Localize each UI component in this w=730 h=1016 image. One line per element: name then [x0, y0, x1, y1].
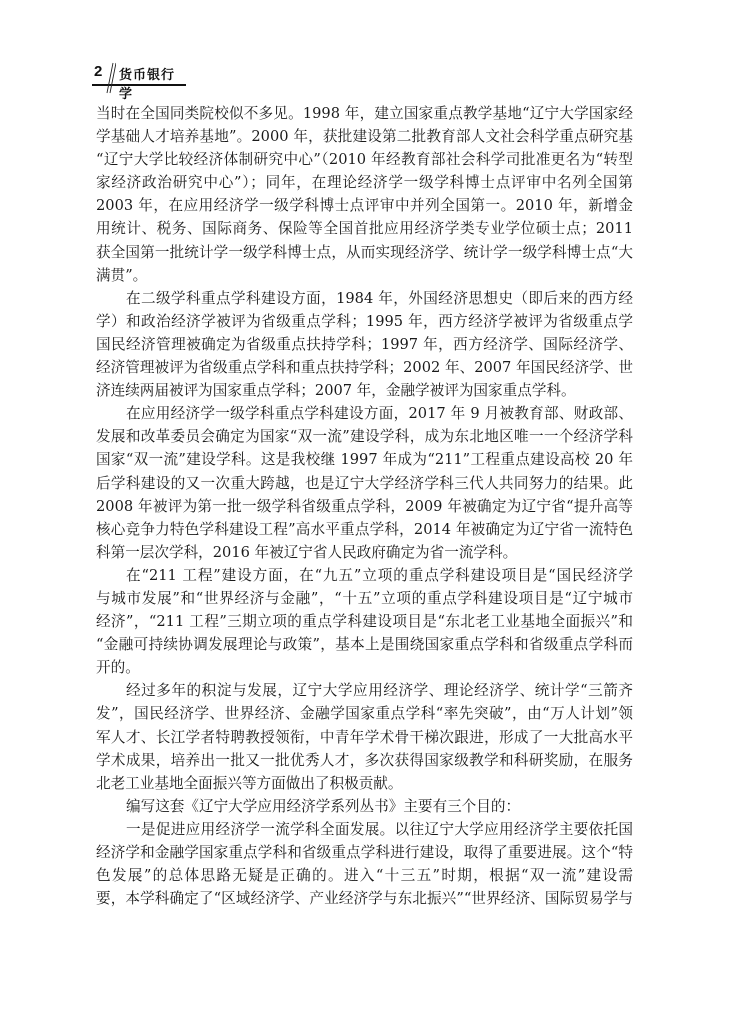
line-text: 用统计、税务、国际商务、保险等全国首批应用经济学类专业学位硕士点；2011 年， [96, 217, 633, 240]
line-text: 与城市发展”和“世界经济与金融”，“十五”立项的重点学科建设项目是“辽宁城市 [96, 587, 633, 610]
double-slash-icon [106, 61, 116, 95]
line-text: “金融可持续协调发展理论与政策”，基本上是围绕国家重点学科和省级重点学科而展 [96, 633, 633, 656]
line-text: 2008 年被评为第一批一级学科省级重点学科，2009 年被确定为辽宁省“提升高… [96, 495, 633, 518]
line-text: 满贯”。 [96, 264, 633, 287]
text-line: 当时在全国同类院校似不多见。1998 年，建立国家重点教学基地“辽宁大学国家经济 [96, 102, 633, 125]
line-text: 核心竞争力特色学科建设工程”高水平重点学科，2014 年被确定为辽宁省一流特色学 [96, 518, 633, 541]
book-title: 货币银行学 [119, 64, 186, 102]
line-text: 学）和政治经济学被评为省级重点学科；1995 年，西方经济学被评为省级重点学科， [96, 310, 633, 333]
line-text: 北老工业基地全面振兴等方面做出了积极贡献。 [96, 772, 633, 795]
text-line: “辽宁大学比较经济体制研究中心”（2010 年经教育部社会科学司批准更名为“转型… [96, 148, 633, 171]
text-line: 科第一层次学科，2016 年被辽宁省人民政府确定为省一流学科。 [96, 541, 633, 564]
text-line: 与城市发展”和“世界经济与金融”，“十五”立项的重点学科建设项目是“辽宁城市 [96, 587, 633, 610]
line-text: 家经济政治研究中心”）；同年，在理论经济学一级学科博士点评审中名列全国第一。 [96, 171, 633, 194]
text-line: 军人才、长江学者特聘教授领衔，中青年学术骨干梯次跟进，形成了一大批高水平的 [96, 726, 633, 749]
line-text: 后学科建设的又一次重大跨越，也是辽宁大学经济学科三代人共同努力的结果。此前， [96, 472, 633, 495]
line-text: 发展和改革委员会确定为国家“双一流”建设学科，成为东北地区唯一一个经济学科 [96, 425, 633, 448]
line-text: 色发展”的总体思路无疑是正确的。进入“十三五”时期，根据“双一流”建设需 [96, 864, 633, 887]
text-line: 用统计、税务、国际商务、保险等全国首批应用经济学类专业学位硕士点；2011 年， [96, 217, 633, 240]
line-text: 在应用经济学一级学科重点学科建设方面，2017 年 9 月被教育部、财政部、国家 [96, 402, 633, 425]
line-text: 国家“双一流”建设学科。这是我校继 1997 年成为“211”工程重点建设高校 … [96, 448, 633, 471]
line-text: 国民经济管理被确定为省级重点扶持学科；1997 年，西方经济学、国际经济学、国民 [96, 333, 633, 356]
paragraph-first-line: 在二级学科重点学科建设方面，1984 年，外国经济思想史（即后来的西方经济 [96, 287, 633, 310]
line-text: 经济学和金融学国家重点学科和省级重点学科进行建设，取得了重要进展。这个“特 [96, 841, 633, 864]
text-line: 2003 年，在应用经济学一级学科博士点评审中并列全国第一。2010 年，新增金… [96, 194, 633, 217]
text-line: 要，本学科确定了“区域经济学、产业经济学与东北振兴”“世界经济、国际贸易学与 [96, 887, 633, 910]
text-line: “金融可持续协调发展理论与政策”，基本上是围绕国家重点学科和省级重点学科而展 [96, 633, 633, 656]
line-text: 经过多年的积淀与发展，辽宁大学应用经济学、理论经济学、统计学“三箭齐 [96, 679, 633, 702]
line-text: 要，本学科确定了“区域经济学、产业经济学与东北振兴”“世界经济、国际贸易学与 [96, 887, 633, 910]
line-text: 发”，国民经济学、世界经济、金融学国家重点学科“率先突破”，由“万人计划”领 [96, 702, 633, 725]
text-line: 后学科建设的又一次重大跨越，也是辽宁大学经济学科三代人共同努力的结果。此前， [96, 472, 633, 495]
text-line: 经济学和金融学国家重点学科和省级重点学科进行建设，取得了重要进展。这个“特 [96, 841, 633, 864]
text-line: 学术成果，培养出一批又一批优秀人才，多次获得国家级教学和科研奖励，在服务东 [96, 749, 633, 772]
text-line: 发展和改革委员会确定为国家“双一流”建设学科，成为东北地区唯一一个经济学科 [96, 425, 633, 448]
line-text: 军人才、长江学者特聘教授领衔，中青年学术骨干梯次跟进，形成了一大批高水平的 [96, 726, 633, 749]
line-text: 济连续两届被评为国家重点学科；2007 年，金融学被评为国家重点学科。 [96, 379, 633, 402]
line-text: 一是促进应用经济学一流学科全面发展。以往辽宁大学应用经济学主要依托国民 [96, 818, 633, 841]
body-text: 当时在全国同类院校似不多见。1998 年，建立国家重点教学基地“辽宁大学国家经济… [96, 102, 633, 910]
text-line: 经济”，“211 工程”三期立项的重点学科建设项目是“东北老工业基地全面振兴”和 [96, 610, 633, 633]
text-line: 家经济政治研究中心”）；同年，在理论经济学一级学科博士点评审中名列全国第一。 [96, 171, 633, 194]
text-line: 发”，国民经济学、世界经济、金融学国家重点学科“率先突破”，由“万人计划”领 [96, 702, 633, 725]
line-text: 在二级学科重点学科建设方面，1984 年，外国经济思想史（即后来的西方经济 [96, 287, 633, 310]
text-line: 核心竞争力特色学科建设工程”高水平重点学科，2014 年被确定为辽宁省一流特色学 [96, 518, 633, 541]
line-text: 经济”，“211 工程”三期立项的重点学科建设项目是“东北老工业基地全面振兴”和 [96, 610, 633, 633]
page-number: 2 [94, 63, 102, 80]
line-text: 科第一层次学科，2016 年被辽宁省人民政府确定为省一流学科。 [96, 541, 633, 564]
line-text: 学术成果，培养出一批又一批优秀人才，多次获得国家级教学和科研奖励，在服务东 [96, 749, 633, 772]
line-text: 开的。 [96, 656, 633, 679]
text-line: 国民经济管理被确定为省级重点扶持学科；1997 年，西方经济学、国际经济学、国民 [96, 333, 633, 356]
running-header: 2 货币银行学 [92, 62, 186, 86]
line-text: 编写这套《辽宁大学应用经济学系列丛书》主要有三个目的： [96, 795, 633, 818]
line-text: 获全国第一批统计学一级学科博士点，从而实现经济学、统计学一级学科博士点“大 [96, 241, 633, 264]
text-line: 济连续两届被评为国家重点学科；2007 年，金融学被评为国家重点学科。 [96, 379, 633, 402]
paragraph-first-line: 经过多年的积淀与发展，辽宁大学应用经济学、理论经济学、统计学“三箭齐 [96, 679, 633, 702]
line-text: 经济管理被评为省级重点学科和重点扶持学科；2002 年、2007 年国民经济学、… [96, 356, 633, 379]
text-line: 学）和政治经济学被评为省级重点学科；1995 年，西方经济学被评为省级重点学科， [96, 310, 633, 333]
text-line: 2008 年被评为第一批一级学科省级重点学科，2009 年被确定为辽宁省“提升高… [96, 495, 633, 518]
paragraph-first-line: 在“211 工程”建设方面，在“九五”立项的重点学科建设项目是“国民经济学 [96, 564, 633, 587]
text-line: 色发展”的总体思路无疑是正确的。进入“十三五”时期，根据“双一流”建设需 [96, 864, 633, 887]
text-line: 经济管理被评为省级重点学科和重点扶持学科；2002 年、2007 年国民经济学、… [96, 356, 633, 379]
line-text: 2003 年，在应用经济学一级学科博士点评审中并列全国第一。2010 年，新增金… [96, 194, 633, 217]
line-text: “辽宁大学比较经济体制研究中心”（2010 年经教育部社会科学司批准更名为“转型… [96, 148, 633, 171]
paragraph-first-line: 编写这套《辽宁大学应用经济学系列丛书》主要有三个目的： [96, 795, 633, 818]
text-line: 国家“双一流”建设学科。这是我校继 1997 年成为“211”工程重点建设高校 … [96, 448, 633, 471]
text-line: 获全国第一批统计学一级学科博士点，从而实现经济学、统计学一级学科博士点“大 [96, 241, 633, 264]
text-line: 北老工业基地全面振兴等方面做出了积极贡献。 [96, 772, 633, 795]
text-line: 学基础人才培养基地”。2000 年，获批建设第二批教育部人文社会科学重点研究基地 [96, 125, 633, 148]
text-line: 开的。 [96, 656, 633, 679]
line-text: 学基础人才培养基地”。2000 年，获批建设第二批教育部人文社会科学重点研究基地 [96, 125, 633, 148]
text-line: 满贯”。 [96, 264, 633, 287]
line-text: 当时在全国同类院校似不多见。1998 年，建立国家重点教学基地“辽宁大学国家经济 [96, 102, 633, 125]
line-text: 在“211 工程”建设方面，在“九五”立项的重点学科建设项目是“国民经济学 [96, 564, 633, 587]
paragraph-first-line: 在应用经济学一级学科重点学科建设方面，2017 年 9 月被教育部、财政部、国家 [96, 402, 633, 425]
paragraph-first-line: 一是促进应用经济学一流学科全面发展。以往辽宁大学应用经济学主要依托国民 [96, 818, 633, 841]
